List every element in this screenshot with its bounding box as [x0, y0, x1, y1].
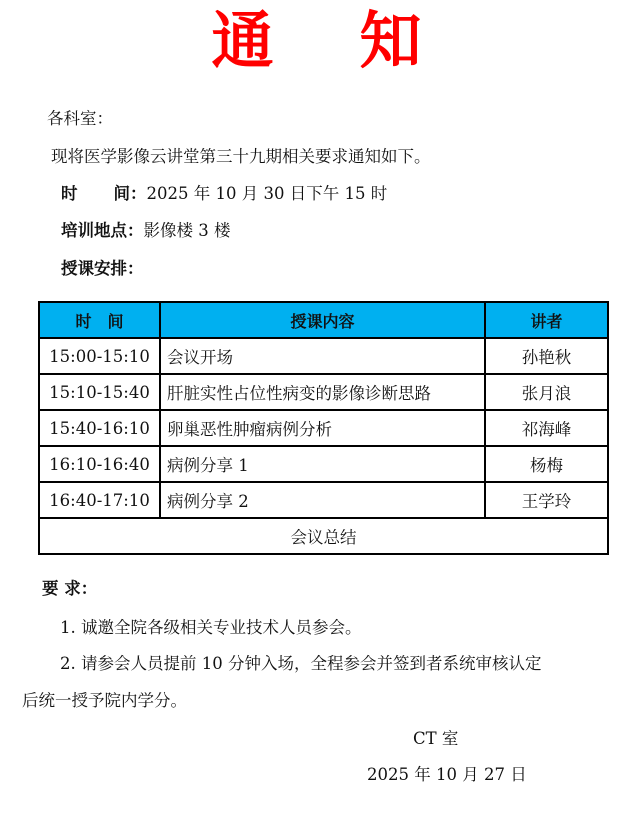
row-time: 15:00-15:10: [39, 338, 160, 374]
requirement-item-1: 1. 诚邀全院各级相关专业技术人员参会。: [60, 617, 362, 639]
time-row: 时间：2025 年 10 月 30 日下午 15 时: [61, 183, 387, 205]
row-content: 病例分享 2: [160, 482, 485, 518]
header-time: 时 间: [39, 302, 160, 338]
table-header-row: 时 间 授课内容 讲者: [39, 302, 608, 338]
title-char-2: 知: [360, 4, 422, 77]
row-content: 会议开场: [160, 338, 485, 374]
table-row: 15:10-15:40 肝脏实性占位性病变的影像诊断思路 张月浪: [39, 374, 608, 410]
notice-title: 通知: [0, 6, 633, 76]
row-speaker: 孙艳秋: [485, 338, 608, 374]
requirements-label: 要 求：: [42, 578, 97, 600]
time-value: 2025 年 10 月 30 日下午 15 时: [147, 184, 388, 203]
table-summary-row: 会议总结: [39, 518, 608, 554]
row-content: 肝脏实性占位性病变的影像诊断思路: [160, 374, 485, 410]
schedule-label: 授课安排：: [61, 258, 144, 280]
location-row: 培训地点：影像楼 3 楼: [61, 220, 231, 242]
requirement-item-2-line-2: 后统一授予院内学分。: [22, 690, 187, 712]
requirement-item-2-line-1: 2. 请参会人员提前 10 分钟入场，全程参会并签到者系统审核认定: [60, 653, 541, 675]
intro-paragraph: 现将医学影像云讲堂第三十九期相关要求通知如下。: [51, 146, 431, 168]
header-speaker: 讲者: [485, 302, 608, 338]
row-content: 病例分享 1: [160, 446, 485, 482]
table-row: 15:00-15:10 会议开场 孙艳秋: [39, 338, 608, 374]
time-label-b: 间：: [114, 184, 147, 203]
row-speaker: 祁海峰: [485, 410, 608, 446]
location-value: 影像楼 3 楼: [144, 221, 231, 240]
row-time: 16:10-16:40: [39, 446, 160, 482]
location-label: 培训地点：: [61, 221, 144, 240]
row-time: 16:40-17:10: [39, 482, 160, 518]
row-content: 卵巢恶性肿瘤病例分析: [160, 410, 485, 446]
time-label-a: 时: [61, 184, 78, 203]
salutation: 各科室：: [47, 108, 113, 130]
table-row: 15:40-16:10 卵巢恶性肿瘤病例分析 祁海峰: [39, 410, 608, 446]
row-time: 15:10-15:40: [39, 374, 160, 410]
schedule-table: 时 间 授课内容 讲者 15:00-15:10 会议开场 孙艳秋 15:10-1…: [38, 301, 609, 555]
row-speaker: 王学玲: [485, 482, 608, 518]
title-char-1: 通: [211, 4, 273, 77]
row-speaker: 杨梅: [485, 446, 608, 482]
signature-date: 2025 年 10 月 27 日: [367, 764, 527, 786]
row-time: 15:40-16:10: [39, 410, 160, 446]
table-row: 16:10-16:40 病例分享 1 杨梅: [39, 446, 608, 482]
header-content: 授课内容: [160, 302, 485, 338]
summary-cell: 会议总结: [39, 518, 608, 554]
row-speaker: 张月浪: [485, 374, 608, 410]
table-row: 16:40-17:10 病例分享 2 王学玲: [39, 482, 608, 518]
signature-dept: CT 室: [413, 728, 458, 750]
